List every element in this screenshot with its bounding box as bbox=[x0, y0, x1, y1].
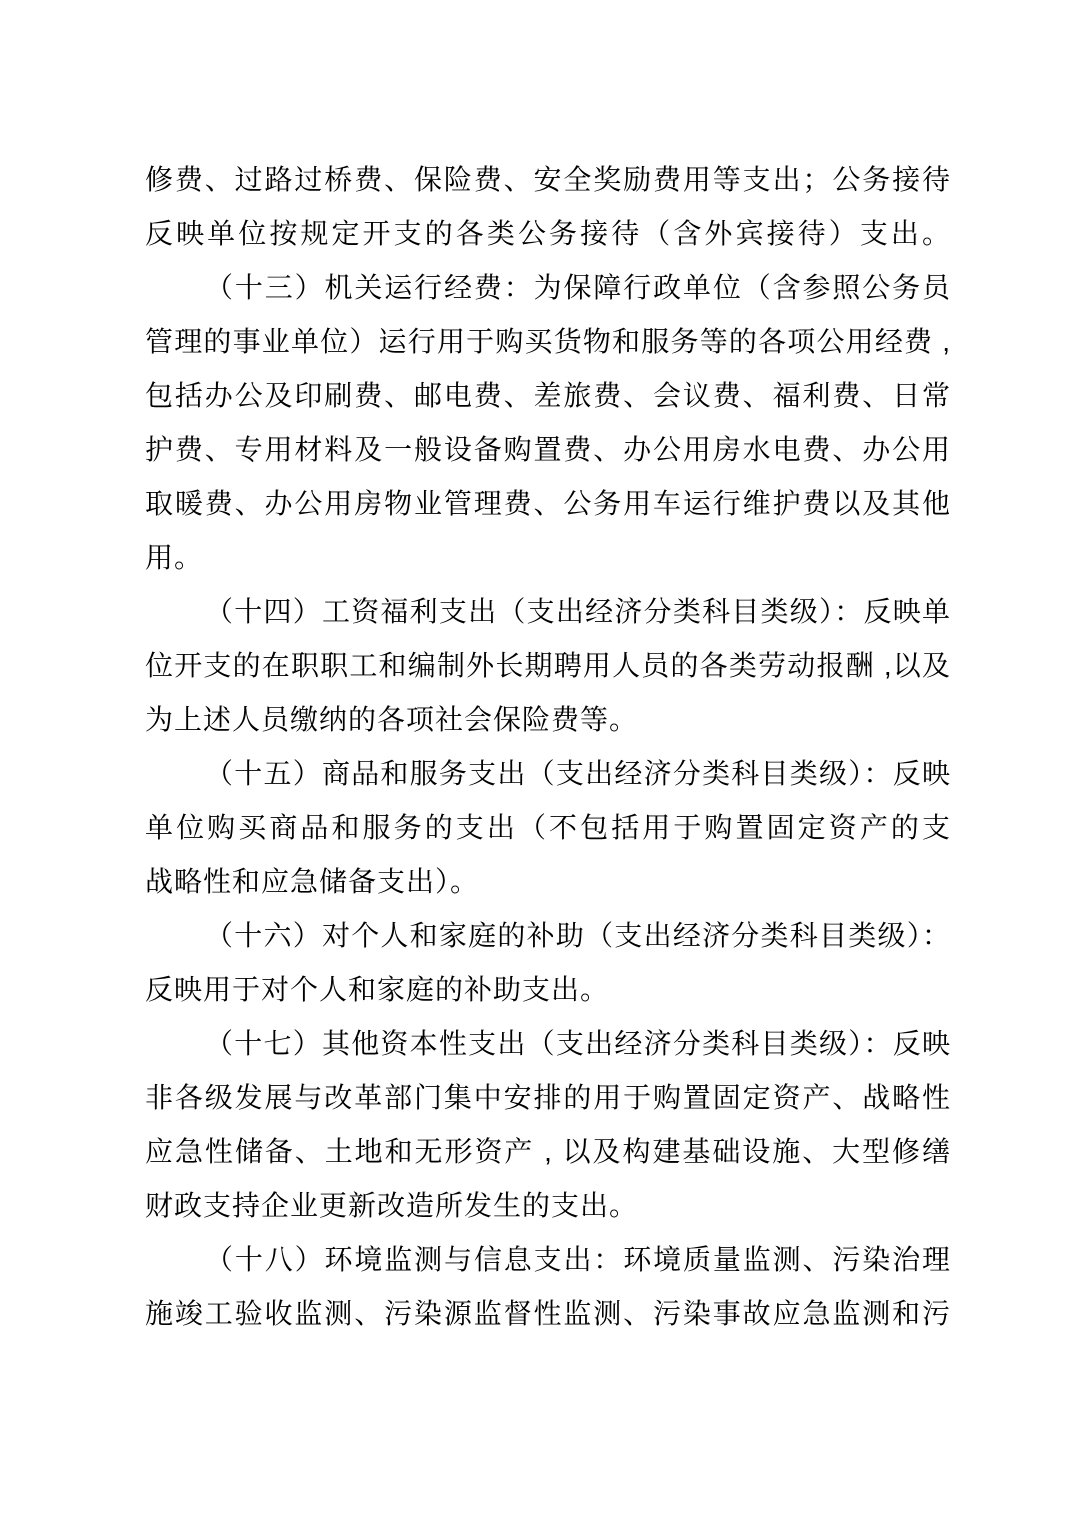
text-line: 为上述人员缴纳的各项社会保险费等。 bbox=[145, 693, 951, 747]
text-line: （十五）商品和服务支出（支出经济分类科目类级）：反映 bbox=[145, 747, 951, 801]
text-line: 反映单位按规定开支的各类公务接待（含外宾接待）支出。 bbox=[145, 207, 951, 261]
text-line: 非各级发展与改革部门集中安排的用于购置固定资产、战略性和 bbox=[145, 1071, 951, 1125]
text-line: （十六）对个人和家庭的补助（支出经济分类科目类级）： bbox=[145, 909, 951, 963]
text-line: 财政支持企业更新改造所发生的支出。 bbox=[145, 1179, 951, 1233]
text-line: 用。 bbox=[145, 531, 951, 585]
text-line: 反映用于对个人和家庭的补助支出。 bbox=[145, 963, 951, 1017]
document-body: 修费、过路过桥费、保险费、安全奖励费用等支出；公务接待费反映单位按规定开支的各类… bbox=[145, 153, 951, 1341]
text-line: 施竣工验收监测、污染源监督性监测、污染事故应急监测和污染 bbox=[145, 1287, 951, 1341]
text-line: 位开支的在职职工和编制外长期聘用人员的各类劳动报酬 ,以及 bbox=[145, 639, 951, 693]
text-line: 取暖费、办公用房物业管理费、公务用车运行维护费以及其他费 bbox=[145, 477, 951, 531]
text-line: （十八）环境监测与信息支出：环境质量监测、污染治理设 bbox=[145, 1233, 951, 1287]
text-line: （十七）其他资本性支出（支出经济分类科目类级）：反映 bbox=[145, 1017, 951, 1071]
text-line: 应急性储备、土地和无形资产 , 以及构建基础设施、大型修缮和 bbox=[145, 1125, 951, 1179]
text-line: 修费、过路过桥费、保险费、安全奖励费用等支出；公务接待费 bbox=[145, 153, 951, 207]
text-line: 管理的事业单位）运行用于购买货物和服务等的各项公用经费 , bbox=[145, 315, 951, 369]
text-line: 单位购买商品和服务的支出（不包括用于购置固定资产的支出、 bbox=[145, 801, 951, 855]
text-line: 包括办公及印刷费、邮电费、差旅费、会议费、福利费、日常维 bbox=[145, 369, 951, 423]
text-line: （十三）机关运行经费：为保障行政单位（含参照公务员法 bbox=[145, 261, 951, 315]
text-line: （十四）工资福利支出（支出经济分类科目类级）：反映单 bbox=[145, 585, 951, 639]
text-line: 战略性和应急储备支出）。 bbox=[145, 855, 951, 909]
text-line: 护费、专用材料及一般设备购置费、办公用房水电费、办公用房 bbox=[145, 423, 951, 477]
document-page: 修费、过路过桥费、保险费、安全奖励费用等支出；公务接待费反映单位按规定开支的各类… bbox=[0, 0, 1074, 1520]
